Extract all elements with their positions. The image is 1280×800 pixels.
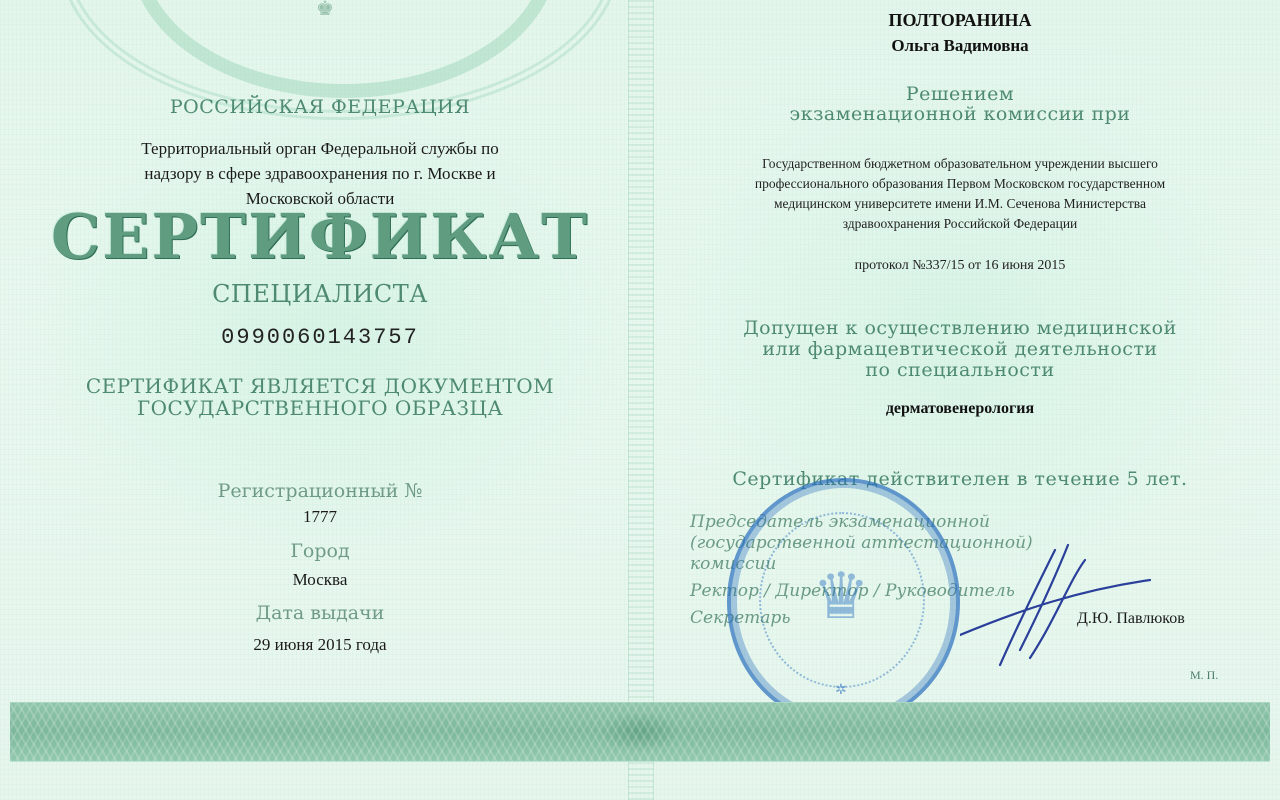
validity-statement: Сертификат действителен в течение 5 лет. [640,468,1280,490]
chairman-label-end: комиссии [690,554,1030,575]
certificate-subtitle: СПЕЦИАЛИСТА [0,280,640,308]
eagle-emblem-icon: ♚ [295,0,355,22]
admission-statement: Допущен к осуществлению медицинской или … [640,318,1280,381]
rector-label: Ректор / Директор / Руководитель [690,581,1030,602]
notice-line: ГОСУДАРСТВЕННОГО ОБРАЗЦА [0,397,640,419]
seal-place-mark: М. П. [1190,668,1218,683]
admission-line: Допущен к осуществлению медицинской [640,318,1280,339]
stamp-star-icon: ✲ [835,682,847,699]
certificate-document: ♚ РОССИЙСКАЯ ФЕДЕРАЦИЯ Территориальный о… [0,0,1280,800]
protocol-reference: протокол №337/15 от 16 июня 2015 [640,258,1280,274]
security-pattern-band [10,702,1270,762]
registration-value: 1777 [0,507,640,527]
institution-name: Государственном бюджетном образовательно… [640,154,1280,234]
specialty: дерматовенерология [640,400,1280,418]
decision-heading: Решением экзаменационной комиссии при [640,84,1280,124]
admission-line: по специальности [640,360,1280,381]
issue-date-value: 29 июня 2015 года [0,635,640,655]
state-document-notice: СЕРТИФИКАТ ЯВЛЯЕТСЯ ДОКУМЕНТОМ ГОСУДАРСТ… [0,375,640,419]
city-label: Город [0,540,640,562]
certificate-number: 0990060143757 [0,325,640,350]
country-heading: РОССИЙСКАЯ ФЕДЕРАЦИЯ [0,96,640,118]
notice-line: СЕРТИФИКАТ ЯВЛЯЕТСЯ ДОКУМЕНТОМ [0,375,640,397]
holder-given-names: Ольга Вадимовна [640,36,1280,56]
issuer-line: Территориальный орган Федеральной службы… [0,136,640,161]
institution-line: профессионального образования Первом Мос… [640,174,1280,194]
institution-line: здравоохранения Российской Федерации [640,214,1280,234]
signer-name: Д.Ю. Павлюков [1077,610,1185,628]
city-value: Москва [0,570,640,590]
chairman-label: Председатель экзаменационной [690,512,1030,533]
holder-surname: ПОЛТОРАНИНА [640,10,1280,31]
admission-line: или фармацевтической деятельности [640,339,1280,360]
institution-line: Государственном бюджетном образовательно… [640,154,1280,174]
decision-line: Решением [640,84,1280,104]
issue-date-label: Дата выдачи [0,602,640,624]
signature-labels: Председатель экзаменационной (государств… [690,512,1030,629]
registration-label: Регистрационный № [0,480,640,502]
institution-line: медицинском университете имени И.М. Сече… [640,194,1280,214]
chairman-label-continued: (государственной аттестационной) [690,533,1030,554]
decision-line: экзаменационной комиссии при [640,104,1280,124]
secretary-label: Секретарь [690,608,1030,629]
certificate-title: СЕРТИФИКАТ [0,200,640,273]
issuer-line: надзору в сфере здравоохранения по г. Мо… [0,161,640,186]
